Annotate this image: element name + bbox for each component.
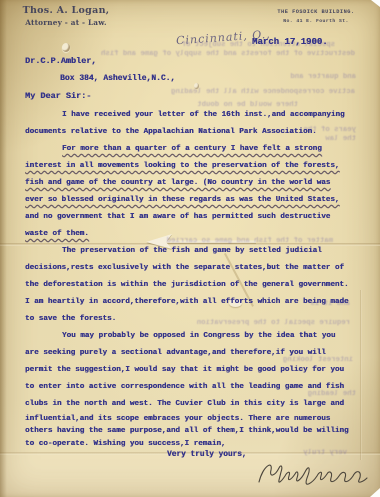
typed-line: fish and game of the country at large. (… (25, 175, 361, 192)
bleedthrough-line: special attention to the subject of (110, 41, 335, 49)
typed-line: to enter into active correspondence with… (25, 379, 361, 396)
building-name: THE FOSDICK BUILDING. (268, 9, 364, 15)
typed-line: interest in all movements looking to the… (25, 158, 361, 175)
letterhead-sender: Thos. A. Logan, Attorney - at - Law. (20, 5, 112, 27)
recipient-name: Dr.C.P.Ambler, (25, 56, 96, 66)
typed-line: I have received your letter of the 16th … (25, 107, 361, 124)
typed-line: I am heartily in accord,therefore,with a… (25, 294, 361, 311)
sender-name: Thos. A. Logan, (20, 5, 112, 16)
bleedthrough-line: active correspondence with all the leadi… (90, 88, 355, 96)
typed-line: ever so blessed originally in these rega… (25, 192, 361, 209)
recipient-address: Box 384, Asheville,N.C., (60, 74, 175, 83)
typed-line: The preservation of the fish and game by… (25, 243, 361, 260)
sender-title: Attorney - at - Law. (20, 18, 112, 27)
typed-line: and no government that I am aware of has… (25, 209, 361, 226)
letterhead-address: THE FOSDICK BUILDING. No. 41 E. Fourth S… (268, 9, 364, 24)
typed-line: clubs in the north and west. The Cuvier … (25, 396, 361, 413)
typed-line: are seeking purely a sectional advantage… (25, 345, 361, 362)
signature (253, 456, 373, 492)
corner-gap (371, 0, 380, 7)
typed-line: waste of them. (25, 226, 361, 243)
typed-line: influential,and its scope embraces your … (25, 413, 361, 425)
typed-line: others having the same purpose,and all o… (25, 425, 361, 437)
typed-line: permit the suggestion,I would say that i… (25, 362, 361, 379)
building-address: No. 41 E. Fourth St. (268, 19, 364, 24)
typed-line: to save the forests. (25, 311, 361, 328)
salutation: My Dear Sir:- (25, 91, 91, 101)
letter-body: I have received your letter of the 16th … (25, 107, 361, 450)
typed-line: For more than a quarter of a century I h… (25, 141, 361, 158)
valediction: Very truly yours, (167, 451, 247, 459)
typed-line: decisions,rests exclusively with the sep… (25, 260, 361, 277)
bleedthrough-line: and quarter and (228, 73, 356, 81)
typed-line: documents relative to the Appalachian Na… (25, 124, 361, 141)
typed-line: to co-operate. Wishing you success,I rem… (25, 438, 361, 450)
typed-line: You may probably be opposed in Congress … (25, 328, 361, 345)
left-edge-shadow (0, 0, 7, 497)
typed-line: the deforestation is within the jurisdic… (25, 277, 361, 294)
scanned-letter: Thos. A. Logan, Attorney - at - Law. THE… (0, 0, 380, 497)
